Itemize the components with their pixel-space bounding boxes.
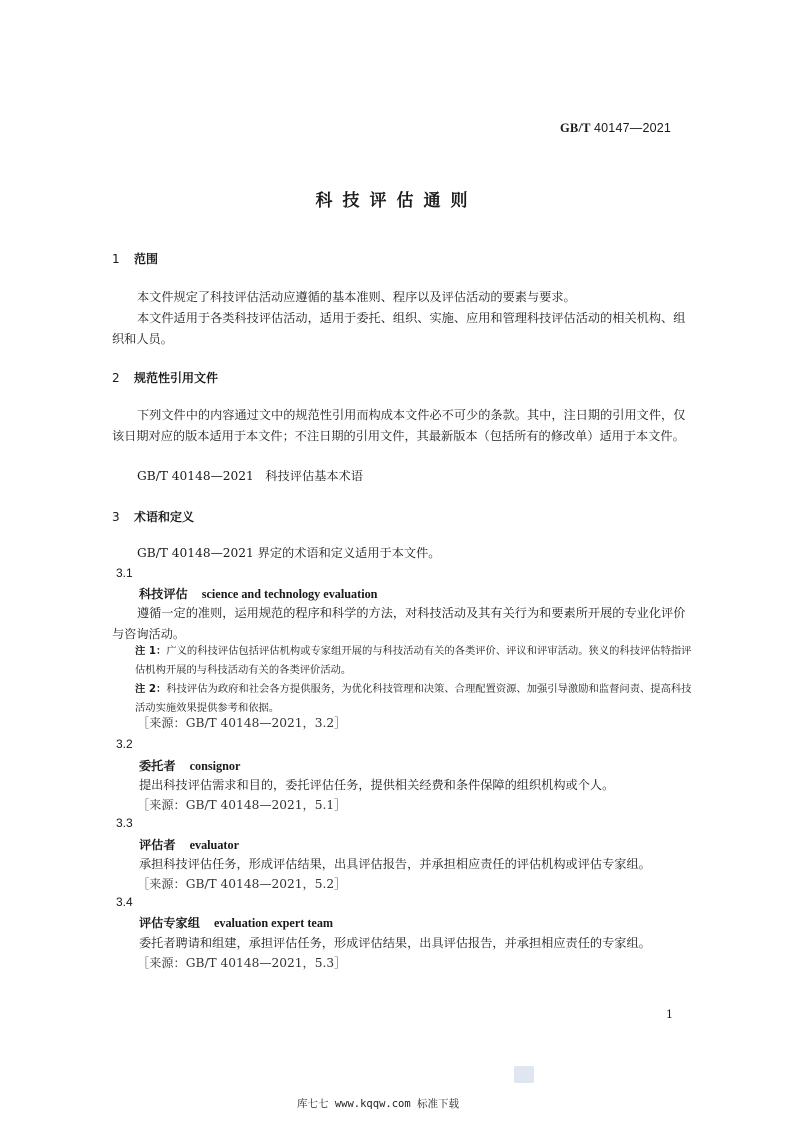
term-definition: 遵循一定的准则，运用规范的程序和科学的方法，对科技活动及其有关行为和要素所开展的… — [112, 603, 694, 645]
term-definition: 提出科技评估需求和目的，委托评估任务，提供相关经费和条件保障的组织机构或个人。 — [139, 775, 699, 796]
watermark-logo-icon — [514, 1066, 534, 1083]
section-title: 术语和定义 — [134, 510, 194, 524]
note-label: 注 2： — [135, 683, 166, 695]
term-entry: 委托者consignor — [139, 757, 240, 774]
paragraph: 本文件规定了科技评估活动应遵循的基本准则、程序以及评估活动的要素与要求。 — [112, 287, 694, 308]
standard-number: GB/T 40147—2021 — [560, 121, 671, 136]
definition-text: 遵循一定的准则，运用规范的程序和科学的方法，对科技活动及其有关行为和要素所开展的… — [112, 606, 685, 641]
term-en: consignor — [190, 759, 241, 773]
term-zh: 评估者 — [139, 838, 176, 852]
section-intro: GB/T 40148—2021 界定的术语和定义适用于本文件。 — [137, 543, 719, 564]
term-en: evaluation expert team — [214, 916, 333, 930]
term-en: science and technology evaluation — [202, 587, 378, 601]
paragraph: 本文件适用于各类科技评估活动，适用于委托、组织、实施、应用和管理科技评估活动的相… — [112, 308, 694, 350]
paragraph: 下列文件中的内容通过文中的规范性引用而构成本文件必不可少的条款。其中，注日期的引… — [112, 405, 694, 447]
paragraph-text: 本文件适用于各类科技评估活动，适用于委托、组织、实施、应用和管理科技评估活动的相… — [112, 311, 685, 346]
reference-code: GB/T 40148—2021 — [137, 469, 254, 483]
term-source: ［来源：GB/T 40148—2021，5.1］ — [137, 796, 346, 813]
term-source: ［来源：GB/T 40148—2021，5.2］ — [137, 875, 346, 892]
section-heading-3: 3术语和定义 — [112, 508, 194, 525]
document-title: 科技评估通则 — [0, 186, 793, 211]
section-heading-1: 1范围 — [112, 250, 158, 267]
paragraph-text: 下列文件中的内容通过文中的规范性引用而构成本文件必不可少的条款。其中，注日期的引… — [112, 408, 685, 443]
clause-number: 3.2 — [116, 737, 133, 751]
footer-watermark: 库七七 www.kqqw.com 标准下载 — [297, 1096, 459, 1111]
section-number: 1 — [112, 252, 134, 266]
term-en: evaluator — [190, 838, 239, 852]
section-number: 3 — [112, 510, 134, 524]
note-1: 注 1：广义的科技评估包括评估机构或专家组开展的与科技活动有关的各类评价、评议和… — [135, 642, 695, 680]
normative-reference: GB/T 40148—2021 科技评估基本术语 — [137, 466, 719, 487]
term-entry: 评估者evaluator — [139, 836, 239, 853]
term-zh: 评估专家组 — [139, 916, 200, 930]
standard-prefix: GB/T — [560, 121, 591, 135]
section-heading-2: 2规范性引用文件 — [112, 369, 218, 386]
paragraph-text: 本文件规定了科技评估活动应遵循的基本准则、程序以及评估活动的要素与要求。 — [137, 290, 576, 304]
note-2: 注 2：科技评估为政府和社会各方提供服务，为优化科技管理和决策、合理配置资源、加… — [135, 680, 695, 718]
note-label: 注 1： — [135, 645, 166, 657]
clause-number: 3.1 — [116, 566, 133, 580]
term-zh: 科技评估 — [139, 587, 188, 601]
standard-code: 40147—2021 — [594, 121, 671, 135]
term-definition: 委托者聘请和组建，承担评估任务，形成评估结果，出具评估报告，并承担相应责任的专家… — [139, 933, 699, 954]
clause-number: 3.4 — [116, 895, 133, 909]
term-definition: 承担科技评估任务，形成评估结果，出具评估报告，并承担相应责任的评估机构或评估专家… — [139, 854, 699, 875]
note-text: 广义的科技评估包括评估机构或专家组开展的与科技活动有关的各类评价、评议和评审活动… — [135, 645, 691, 676]
term-source: ［来源：GB/T 40148—2021，5.3］ — [137, 954, 346, 971]
section-title: 规范性引用文件 — [134, 371, 218, 385]
term-source: ［来源：GB/T 40148—2021，3.2］ — [137, 714, 346, 731]
note-text: 科技评估为政府和社会各方提供服务，为优化科技管理和决策、合理配置资源、加强引导激… — [135, 683, 691, 714]
clause-number: 3.3 — [116, 816, 133, 830]
section-title: 范围 — [134, 252, 158, 266]
term-zh: 委托者 — [139, 759, 176, 773]
term-entry: 评估专家组evaluation expert team — [139, 914, 333, 931]
reference-title: 科技评估基本术语 — [265, 469, 363, 483]
section-number: 2 — [112, 371, 134, 385]
page-number: 1 — [666, 1008, 673, 1021]
term-entry: 科技评估science and technology evaluation — [139, 585, 377, 602]
